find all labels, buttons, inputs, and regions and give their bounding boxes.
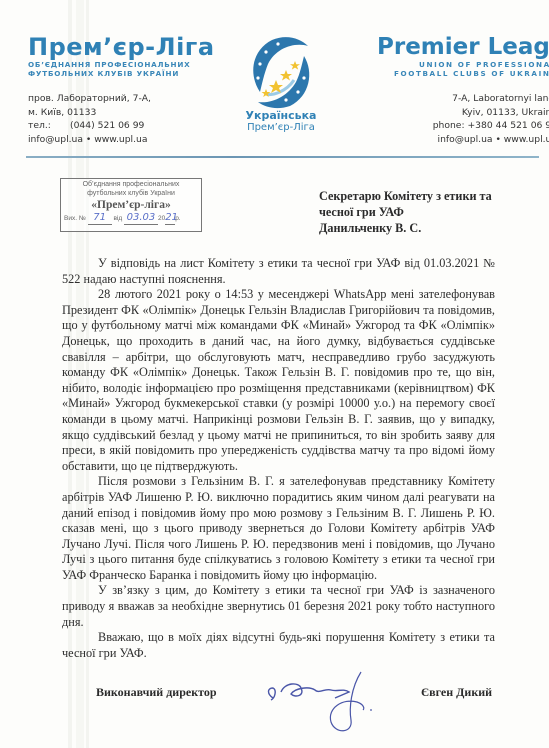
letterhead-left: Прем’єр-Ліга ОБ’ЄДНАННЯ ПРОФЕСІОНАЛЬНИХ …: [28, 34, 215, 146]
org-subtitle-en-2: FOOTBALL CLUBS OF UKRAINE: [377, 69, 549, 78]
out-number-label: Вих. №: [64, 215, 86, 222]
org-title-ua: Прем’єр-Ліга: [28, 34, 215, 60]
stamp-registration-row: Вих. № 71 від 03.032021р.: [61, 212, 201, 225]
header-divider: [26, 156, 539, 158]
address-line: 7-A, Laboratornyi lane,: [377, 92, 549, 106]
out-date: 03.03: [124, 212, 158, 225]
phone-row: phone: +380 44 521 06 99: [377, 119, 549, 133]
paragraph: 28 лютого 2021 року о 14:53 у месенджері…: [62, 287, 495, 474]
address-city: Kyiv, 01133, Ukraine: [377, 106, 549, 120]
stamp-line-3: «Прем’єр-ліга»: [61, 198, 201, 212]
out-year: 21: [165, 212, 175, 225]
upl-ball-stars-icon: [246, 34, 316, 110]
paragraph: У зв’язку з цим, до Комітету з етики та …: [62, 583, 495, 630]
letter-body: У відповідь на лист Комітету з етики та …: [62, 256, 495, 661]
phone-label: тел.:: [28, 119, 70, 133]
org-address-en: 7-A, Laboratornyi lane, Kyiv, 01133, Ukr…: [377, 92, 549, 146]
date-label: від: [113, 215, 122, 222]
org-subtitle-ua-2: ФУТБОЛЬНИХ КЛУБІВ УКРАЇНИ: [28, 69, 215, 78]
logo-text-1: Українська: [244, 110, 318, 122]
paragraph: Після розмови з Гельзіним В. Г. я зателе…: [62, 474, 495, 583]
addressee-block: Секретарю Комітету з етики та чесної гри…: [319, 188, 492, 236]
letterhead-right: Premier League UNION OF PROFESSIONAL FOO…: [377, 34, 549, 146]
phone-number: (044) 521 06 99: [70, 120, 144, 131]
logo-text-2: Прем’єр-Ліга: [244, 122, 318, 134]
addressee-line-1: Секретарю Комітету з етики та: [319, 188, 492, 204]
org-subtitle-en-1: UNION OF PROFESSIONAL: [377, 60, 549, 69]
upl-logo: Українська Прем’єр-Ліга: [244, 34, 318, 140]
contacts: info@upl.ua • www.upl.ua: [28, 133, 215, 147]
contacts: info@upl.ua • www.upl.ua: [377, 133, 549, 147]
addressee-line-2: чесної гри УАФ: [319, 204, 492, 220]
year-prefix: 20: [158, 215, 165, 222]
stamp-line-1: Об’єднання професіональних: [61, 180, 201, 189]
org-address-ua: пров. Лабораторний, 7-А, м. Київ, 01133 …: [28, 92, 215, 146]
signatory-name: Євген Дикий: [421, 685, 492, 700]
stamp-line-2: футбольних клубів України: [61, 189, 201, 198]
addressee-line-3: Данильченку В. С.: [319, 220, 492, 236]
phone-row: тел.:(044) 521 06 99: [28, 119, 215, 133]
year-suffix: р.: [175, 215, 180, 222]
outgoing-registration-stamp: Об’єднання професіональних футбольних кл…: [60, 178, 202, 232]
org-title-en: Premier League: [377, 34, 549, 60]
signatory-role: Виконавчий директор: [96, 685, 217, 700]
org-subtitle-ua-1: ОБ’ЄДНАННЯ ПРОФЕСІОНАЛЬНИХ: [28, 60, 215, 69]
out-number: 71: [88, 212, 112, 225]
paragraph: Вважаю, що в моїх діях відсутні будь-які…: [62, 630, 495, 661]
handwritten-signature-icon: [265, 668, 385, 738]
paragraph: У відповідь на лист Комітету з етики та …: [62, 256, 495, 287]
address-line: пров. Лабораторний, 7-А,: [28, 92, 215, 106]
address-city: м. Київ, 01133: [28, 106, 215, 120]
